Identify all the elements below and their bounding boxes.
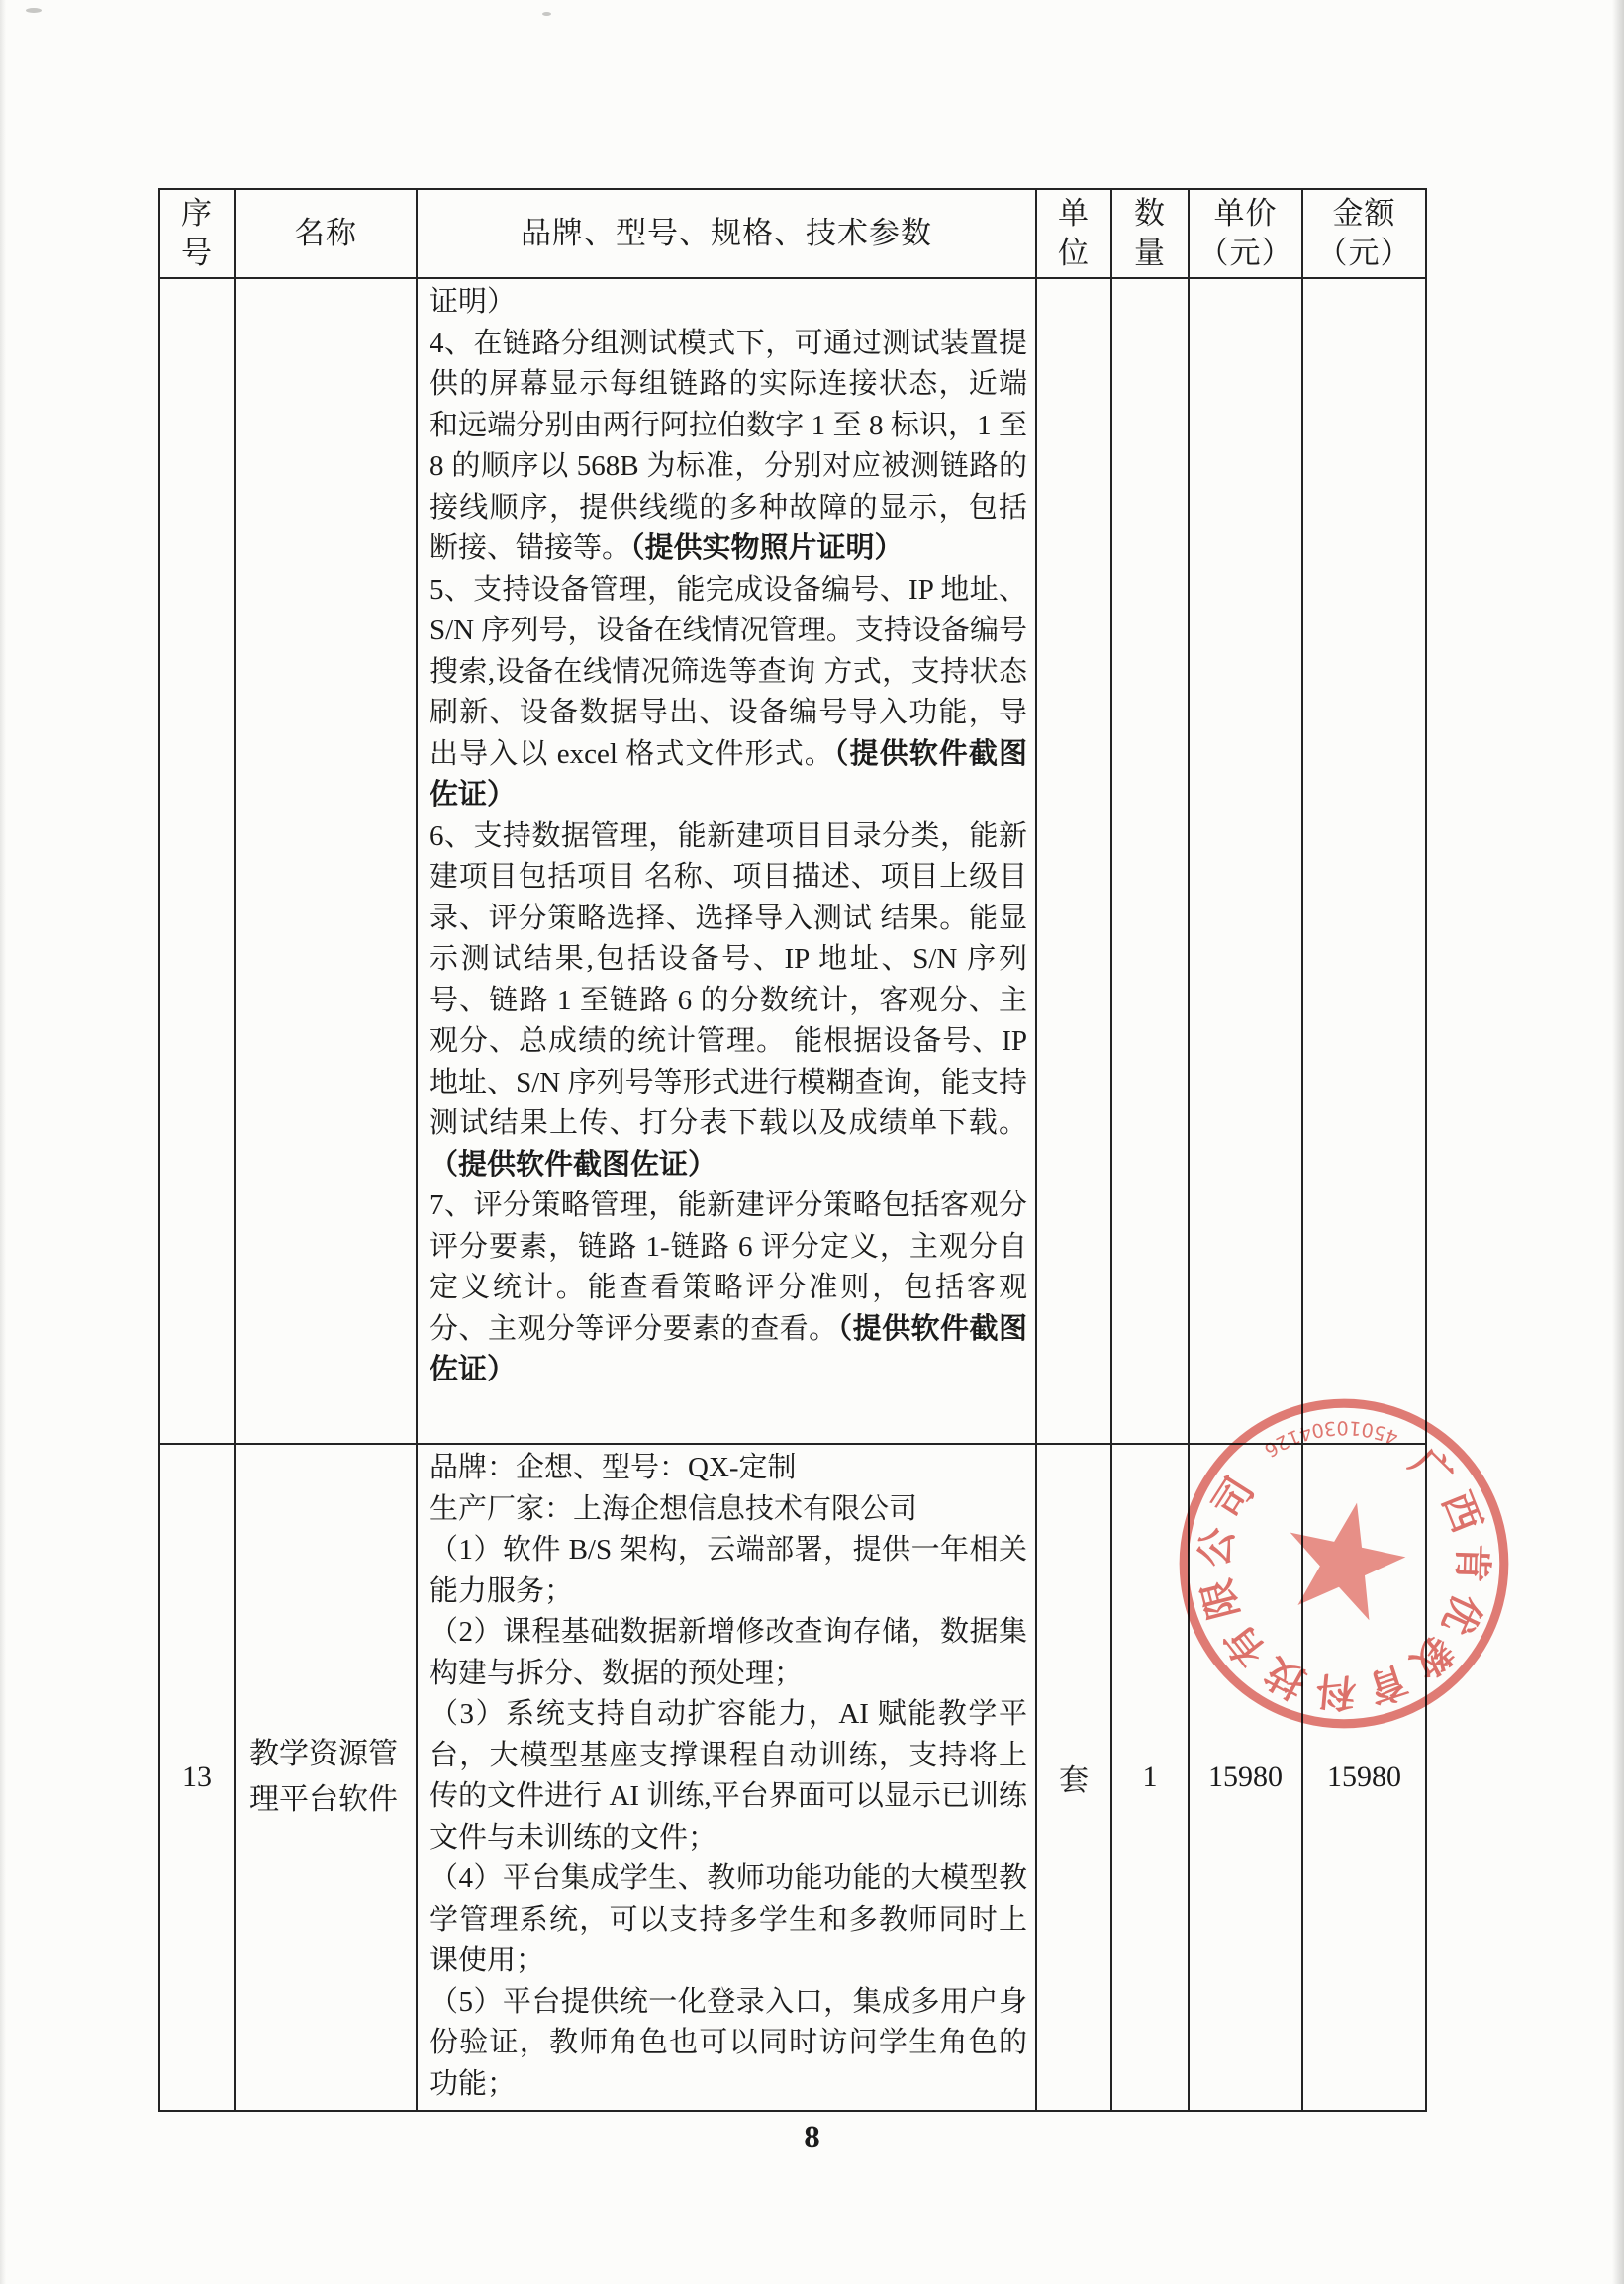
spec-paragraph: （2）课程基础数据新增修改查询存储，数据集构建与拆分、数据的预处理；	[430, 1612, 1027, 1694]
spec-paragraph: 4、在链路分组测试模式下，可通过测试装置提供的屏幕显示每组链路的实际连接状态，近…	[430, 324, 1027, 570]
header-cell: 品牌、型号、规格、技术参数	[417, 189, 1036, 278]
spec-table: 序 号名称品牌、型号、规格、技术参数单 位数 量单价 （元）金额 （元） 证明）…	[158, 188, 1427, 2112]
unit-price-cell	[1189, 278, 1302, 1444]
spec-paragraph: （5）平台提供统一化登录入口，集成多用户身份验证，教师角色也可以同时访问学生角色…	[430, 1982, 1027, 2106]
table-row: 13教学资源管理平台软件品牌：企想、型号：QX-定制生产厂家：上海企想信息技术有…	[159, 1444, 1426, 2111]
spec-paragraph: 品牌：企想、型号：QX-定制	[430, 1448, 1027, 1489]
spec-text: （2）课程基础数据新增修改查询存储，数据集构建与拆分、数据的预处理；	[430, 1616, 1027, 1689]
table-row: 证明）4、在链路分组测试模式下，可通过测试装置提供的屏幕显示每组链路的实际连接状…	[159, 278, 1426, 1444]
spec-text: （5）平台提供统一化登录入口，集成多用户身份验证，教师角色也可以同时访问学生角色…	[430, 1986, 1027, 2100]
header-cell: 名称	[235, 189, 417, 278]
spec-paragraph: 5、支持设备管理，能完成设备编号、IP 地址、S/N 序列号，设备在线情况管理。…	[430, 570, 1027, 816]
table-header-row: 序 号名称品牌、型号、规格、技术参数单 位数 量单价 （元）金额 （元）	[159, 189, 1426, 278]
unit-cell: 套	[1036, 1444, 1111, 2111]
scan-speck	[542, 12, 551, 16]
quantity-cell: 1	[1111, 1444, 1189, 2111]
unit-cell	[1036, 278, 1111, 1444]
scan-speck	[26, 8, 42, 13]
scan-edge-artifact	[1612, 0, 1624, 2284]
amount-cell: 15980	[1302, 1444, 1426, 2111]
amount-cell	[1302, 278, 1426, 1444]
spec-text: （4）平台集成学生、教师功能功能的大模型教学管理系统，可以支持多学生和多教师同时…	[430, 1862, 1027, 1976]
spec-text: 生产厂家：上海企想信息技术有限公司	[430, 1493, 917, 1525]
spec-paragraph: 生产厂家：上海企想信息技术有限公司	[430, 1489, 1027, 1531]
row-index-cell: 13	[159, 1444, 235, 2111]
scan-edge-artifact	[0, 0, 6, 2284]
document-page: 序 号名称品牌、型号、规格、技术参数单 位数 量单价 （元）金额 （元） 证明）…	[0, 0, 1624, 2284]
spec-text: 4、在链路分组测试模式下，可通过测试装置提供的屏幕显示每组链路的实际连接状态，近…	[430, 328, 1027, 565]
spec-cell: 证明）4、在链路分组测试模式下，可通过测试装置提供的屏幕显示每组链路的实际连接状…	[417, 278, 1036, 1444]
spec-paragraph: 6、支持数据管理，能新建项目目录分类，能新建项目包括项目 名称、项目描述、项目上…	[430, 816, 1027, 1187]
item-name-cell	[235, 278, 417, 1444]
spec-paragraph: 7、评分策略管理，能新建评分策略包括客观分评分要素，链路 1-链路 6 评分定义…	[430, 1186, 1027, 1391]
unit-price-cell: 15980	[1189, 1444, 1302, 2111]
page-number: 8	[0, 2120, 1624, 2156]
spec-text: 证明）	[430, 286, 516, 318]
spec-paragraph: （3）系统支持自动扩容能力，AI 赋能教学平台，大模型基座支撑课程自动训练，支持…	[430, 1694, 1027, 1858]
header-cell: 单价 （元）	[1189, 189, 1302, 278]
header-cell: 金额 （元）	[1302, 189, 1426, 278]
row-index-cell	[159, 278, 235, 1444]
header-cell: 单 位	[1036, 189, 1111, 278]
header-cell: 数 量	[1111, 189, 1189, 278]
spec-paragraph: （1）软件 B/S 架构，云端部署，提供一年相关能力服务；	[430, 1530, 1027, 1612]
spec-paragraph: （4）平台集成学生、教师功能功能的大模型教学管理系统，可以支持多学生和多教师同时…	[430, 1858, 1027, 1982]
spec-text: （3）系统支持自动扩容能力，AI 赋能教学平台，大模型基座支撑课程自动训练，支持…	[430, 1698, 1027, 1854]
spec-text-bold: （提供软件截图佐证）	[430, 1149, 716, 1181]
spec-text-bold: （提供实物照片证明）	[630, 532, 904, 564]
spec-cell: 品牌：企想、型号：QX-定制生产厂家：上海企想信息技术有限公司（1）软件 B/S…	[417, 1444, 1036, 2111]
spec-text: （1）软件 B/S 架构，云端部署，提供一年相关能力服务；	[430, 1534, 1027, 1607]
spec-text: 6、支持数据管理，能新建项目目录分类，能新建项目包括项目 名称、项目描述、项目上…	[430, 820, 1027, 1140]
item-name-cell: 教学资源管理平台软件	[235, 1444, 417, 2111]
header-cell: 序 号	[159, 189, 235, 278]
spec-paragraph: 证明）	[430, 282, 1027, 324]
spec-text: 品牌：企想、型号：QX-定制	[430, 1452, 797, 1483]
quantity-cell	[1111, 278, 1189, 1444]
